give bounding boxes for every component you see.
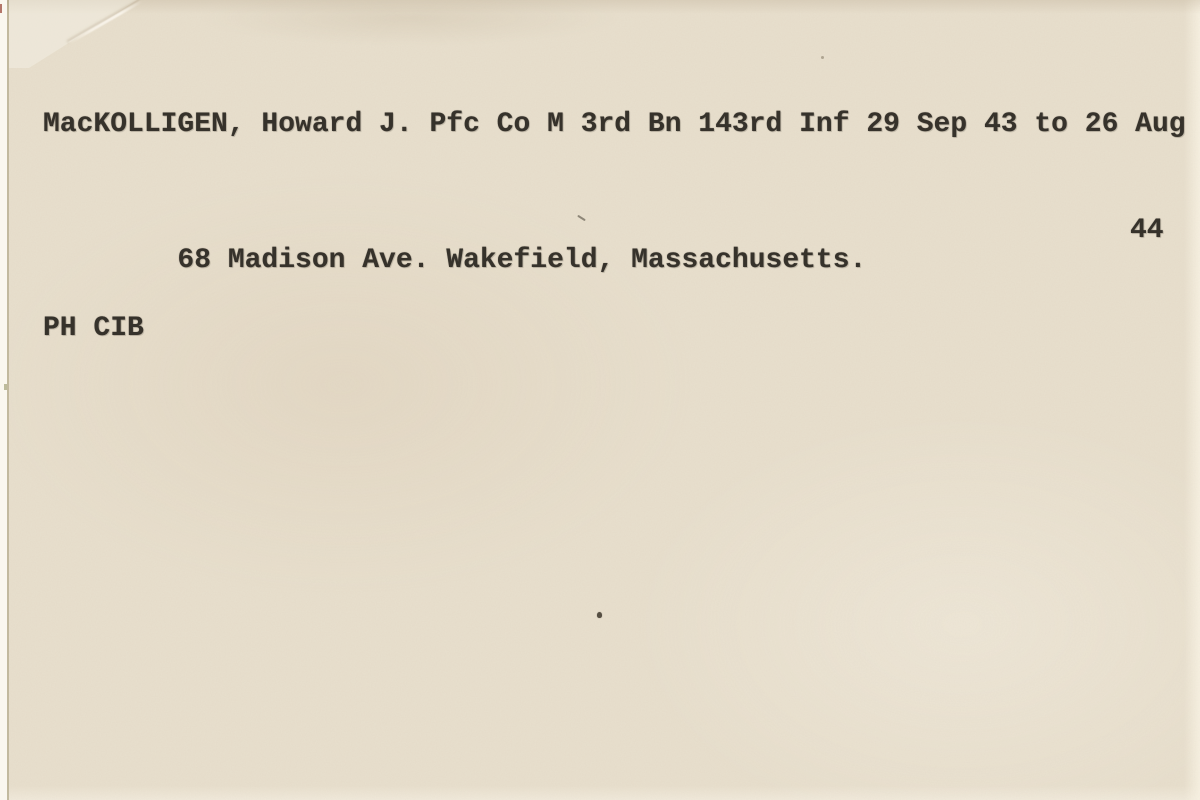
typed-line-address: 68 Madison Ave. Wakefield, Massachusetts… bbox=[43, 210, 1200, 244]
paper-speck-dot bbox=[597, 612, 602, 618]
year-continuation: 44 bbox=[1130, 214, 1164, 248]
scan-edge-speck bbox=[0, 4, 2, 13]
index-card: MacKOLLIGEN, Howard J. Pfc Co M 3rd Bn 1… bbox=[7, 0, 1200, 800]
typed-line-name-unit-dates: MacKOLLIGEN, Howard J. Pfc Co M 3rd Bn 1… bbox=[43, 108, 1200, 142]
paper-crease bbox=[68, 0, 142, 44]
address-text: 68 Madison Ave. Wakefield, Massachusetts… bbox=[177, 245, 866, 276]
typed-line-awards: PH CIB bbox=[43, 312, 1200, 346]
scanner-background: MacKOLLIGEN, Howard J. Pfc Co M 3rd Bn 1… bbox=[0, 0, 1200, 800]
typed-text-block: MacKOLLIGEN, Howard J. Pfc Co M 3rd Bn 1… bbox=[43, 40, 1200, 414]
